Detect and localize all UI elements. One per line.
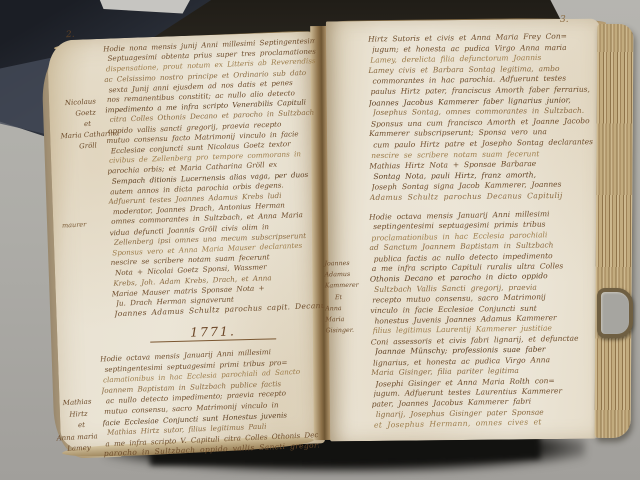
entry-text-left-1: Hodie nona mensis junij Anni millesimi S… [103,37,324,320]
text-line: Adamus [325,269,371,281]
entry-text-left-2: Hodie octava mensis Januarij Anni milles… [100,346,319,460]
text-line: Anna [325,302,371,314]
text-line: Kammerer [325,280,371,292]
manuscript-photo: 2. NicolausGoetzetMaria CatharinaGröll m… [0,0,640,480]
text-line: Maria [325,314,371,326]
page-number-left: 2. [66,30,75,41]
entry-text-right-1: Hirtz Sutoris et civis et Anna Maria Fre… [368,32,606,204]
margin-word: maurer [62,220,87,229]
text-line: Gisinger. [325,325,371,337]
text-line: Et [335,291,371,303]
text-line: Joannes [324,258,370,270]
year-heading: 1771. [150,322,276,342]
margin-note-kammerer-gisinger: JoannesAdamusKammererEtAnnaMariaGisinger… [324,258,371,337]
page-number-right: 3. [560,15,569,25]
entry-text-right-2: Hodie octava mensis Januarij Anni milles… [369,209,608,431]
